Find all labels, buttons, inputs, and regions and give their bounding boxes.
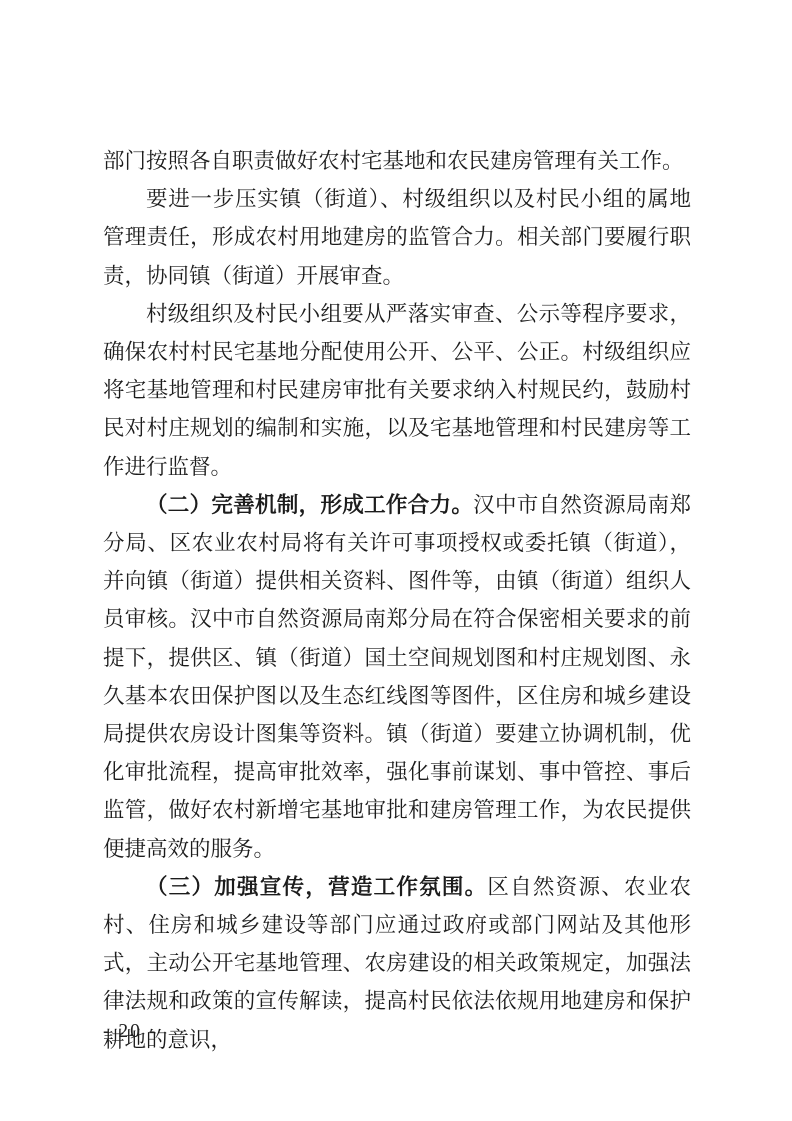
paragraph-continuation: 部门按照各自职责做好农村宅基地和农民建房管理有关工作。 xyxy=(103,142,691,180)
paragraph-section-2: （二）完善机制，形成工作合力。汉中市自然资源局南郑分局、区农业农村局将有关许可事… xyxy=(103,486,691,868)
paragraph-section-3: （三）加强宣传，营造工作氛围。区自然资源、农业农村、住房和城乡建设等部门应通过政… xyxy=(103,868,691,1059)
paragraph-text: 汉中市自然资源局南郑分局、区农业农村局将有关许可事项授权或委托镇（街道），并向镇… xyxy=(103,493,691,861)
paragraph-text: 要进一步压实镇（街道）、村级组织以及村民小组的属地管理责任，形成农村用地建房的监… xyxy=(103,187,691,287)
paragraph: 要进一步压实镇（街道）、村级组织以及村民小组的属地管理责任，形成农村用地建房的监… xyxy=(103,180,691,295)
paragraph-text: 村级组织及村民小组要从严落实审查、公示等程序要求，确保农村村民宅基地分配使用公开… xyxy=(103,302,691,479)
document-page: 部门按照各自职责做好农村宅基地和农民建房管理有关工作。 要进一步压实镇（街道）、… xyxy=(0,0,792,1121)
page-number: - 20 - xyxy=(103,1021,157,1043)
paragraph-text: 部门按照各自职责做好农村宅基地和农民建房管理有关工作。 xyxy=(103,149,684,173)
section-heading-2: （二）完善机制，形成工作合力。 xyxy=(146,493,473,517)
section-heading-3: （三）加强宣传，营造工作氛围。 xyxy=(146,875,487,899)
document-body: 部门按照各自职责做好农村宅基地和农民建房管理有关工作。 要进一步压实镇（街道）、… xyxy=(103,142,691,1059)
paragraph: 村级组织及村民小组要从严落实审查、公示等程序要求，确保农村村民宅基地分配使用公开… xyxy=(103,295,691,486)
paragraph-text: 区自然资源、农业农村、住房和城乡建设等部门应通过政府或部门网站及其他形式，主动公… xyxy=(103,875,691,1052)
